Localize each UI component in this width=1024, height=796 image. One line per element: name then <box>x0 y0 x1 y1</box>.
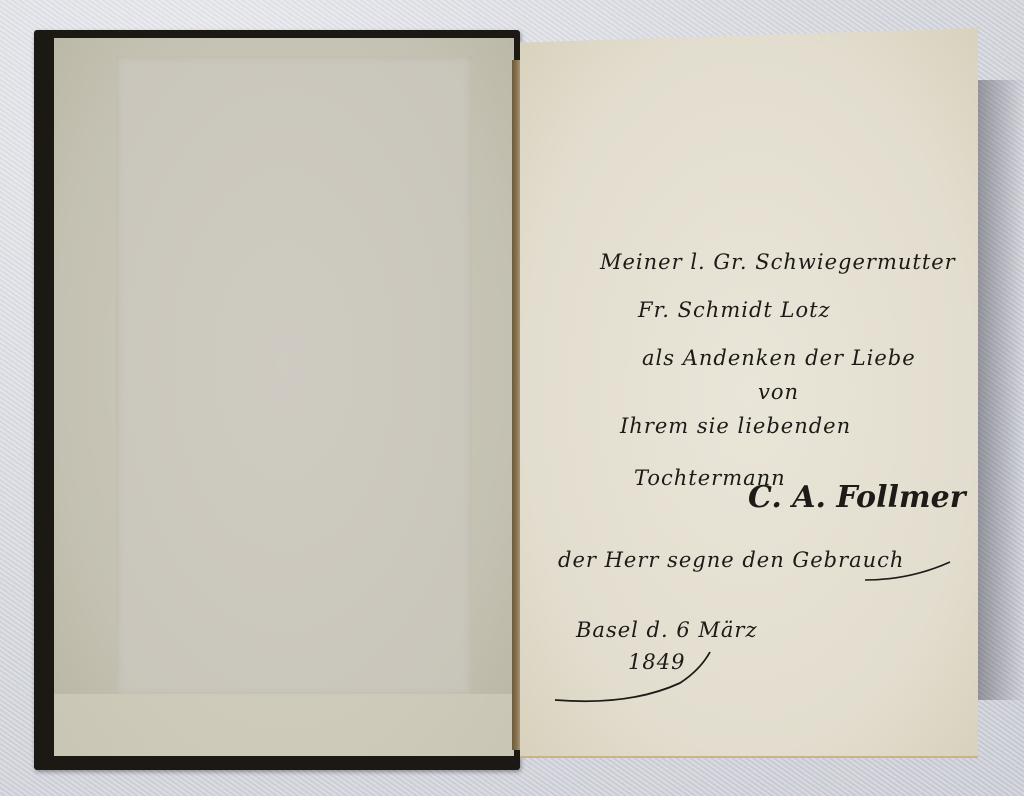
flourish-icon <box>550 648 730 708</box>
dedication-line-8: der Herr segne den Gebrauch <box>558 548 904 572</box>
endpaper-paste-down <box>116 56 472 696</box>
flourish-icon <box>860 558 960 588</box>
dedication-line-4: von <box>758 380 799 404</box>
signature: C. A. Follmer <box>748 480 966 515</box>
dedication-line-5: Ihrem sie liebenden <box>620 414 851 438</box>
handwritten-dedication: Meiner l. Gr. Schwiegermutter Fr. Schmid… <box>520 28 978 756</box>
dedication-place-date: Basel d. 6 März <box>576 618 758 642</box>
dedication-line-3: als Andenken der Liebe <box>642 346 916 370</box>
dedication-line-2: Fr. Schmidt Lotz <box>638 298 831 322</box>
dedication-line-1: Meiner l. Gr. Schwiegermutter <box>600 250 956 274</box>
endpaper-bottom-band <box>54 694 514 756</box>
right-page: Meiner l. Gr. Schwiegermutter Fr. Schmid… <box>520 28 978 758</box>
left-endpaper <box>54 38 514 756</box>
